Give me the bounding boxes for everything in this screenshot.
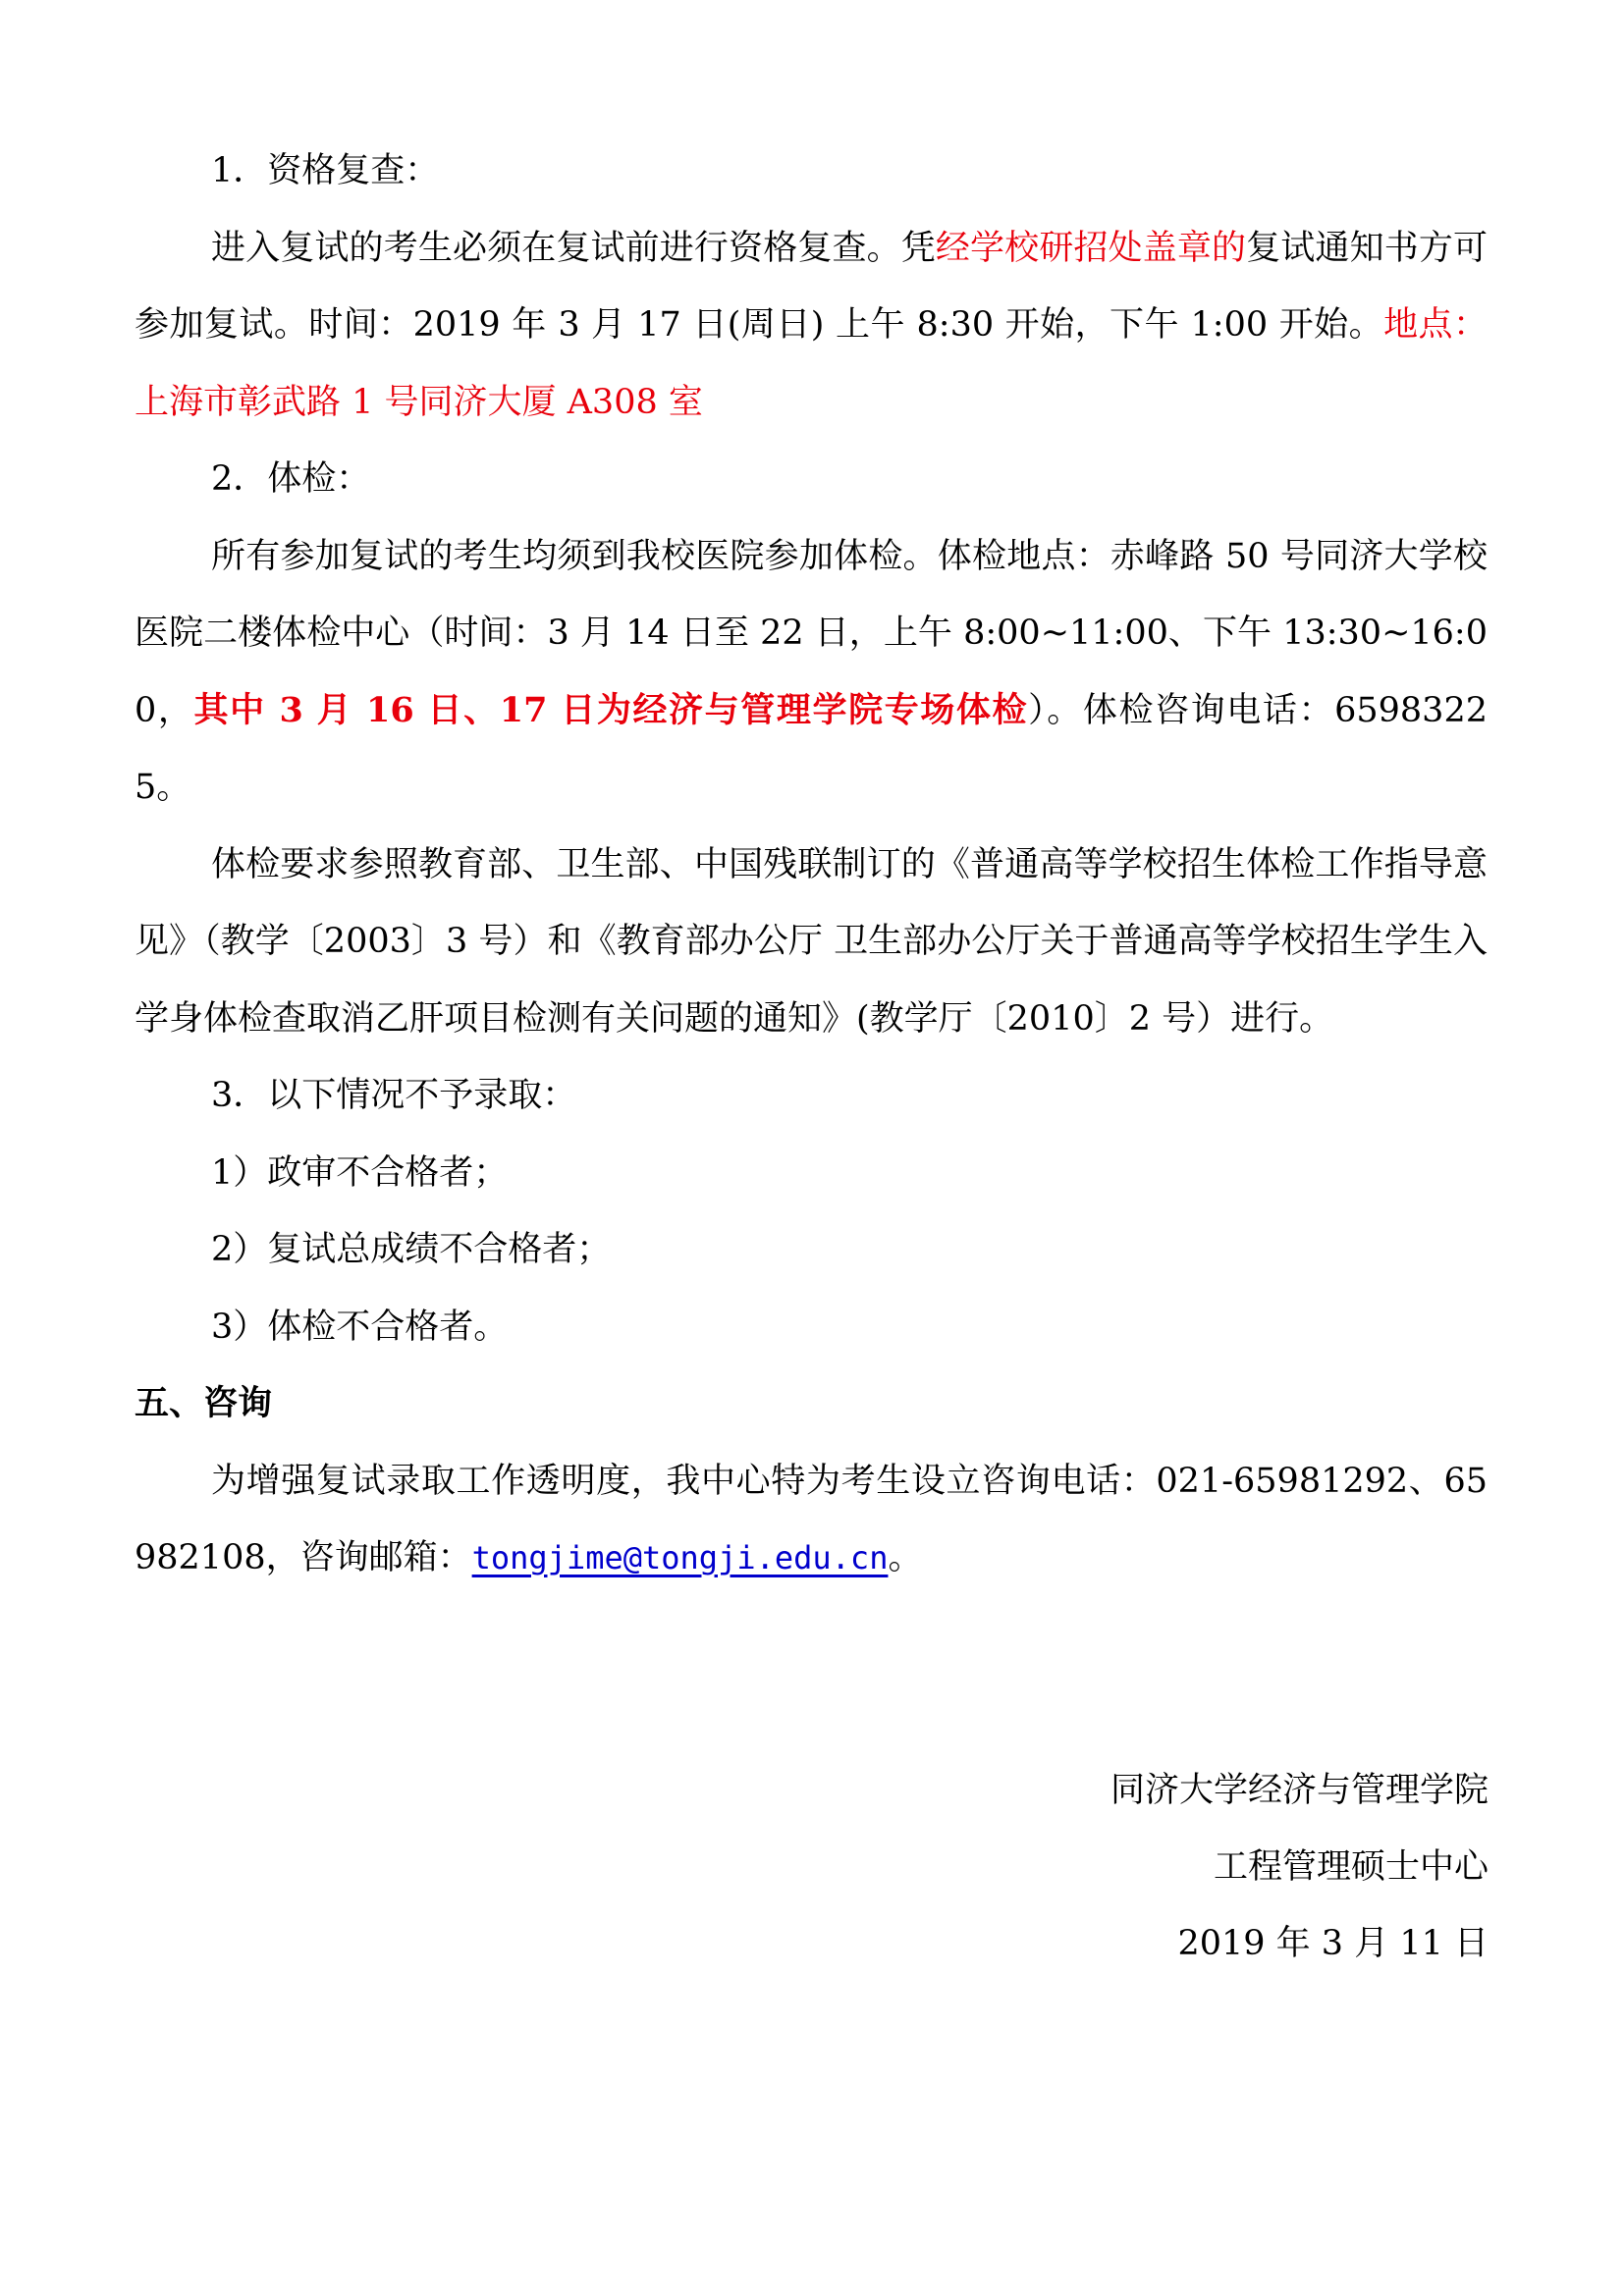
consultation-text-2: 。 (888, 1538, 922, 1577)
signature-org: 同济大学经济与管理学院 (1110, 1752, 1489, 1829)
consultation-paragraph: 为增强复试录取工作透明度，我中心特为考生设立咨询电话：021-65981292、… (135, 1443, 1488, 1597)
no-admission-item: 1）政审不合格者； (135, 1135, 1488, 1212)
no-admission-item: 3）体检不合格者。 (135, 1289, 1488, 1366)
highlight-stamp-requirement: 经学校研招处盖章的 (936, 229, 1246, 268)
no-admission-item: 2）复试总成绩不合格者； (135, 1211, 1488, 1289)
email-link[interactable]: tongjime@tongji.edu.cn (472, 1539, 889, 1576)
physical-exam-paragraph: 所有参加复试的考生均须到我校医院参加体检。体检地点：赤峰路 50 号同济大学校医… (135, 518, 1488, 827)
signature-block: 同济大学经济与管理学院 工程管理硕士中心 2019 年 3 月 11 日 (1110, 1752, 1489, 1982)
highlight-special-exam-dates: 其中 3 月 16 日、17 日为经济与管理学院专场体检 (193, 690, 1028, 730)
qualification-text-1: 进入复试的考生必须在复试前进行资格复查。凭 (211, 229, 936, 268)
section-title-no-admission: 3．以下情况不予录取： (135, 1057, 1488, 1135)
signature-date: 2019 年 3 月 11 日 (1110, 1905, 1489, 1982)
signature-center: 工程管理硕士中心 (1110, 1829, 1489, 1905)
section-heading-consultation: 五、咨询 (135, 1365, 1488, 1443)
physical-exam-requirements-paragraph: 体检要求参照教育部、卫生部、中国残联制订的《普通高等学校招生体检工作指导意见》（… (135, 827, 1488, 1058)
section-title-qualification-review: 1．资格复查： (135, 133, 1488, 210)
document-page: 1．资格复查： 进入复试的考生必须在复试前进行资格复查。凭经学校研招处盖章的复试… (135, 133, 1488, 1597)
section-title-physical-exam: 2．体检： (135, 441, 1488, 518)
qualification-review-paragraph: 进入复试的考生必须在复试前进行资格复查。凭经学校研招处盖章的复试通知书方可参加复… (135, 210, 1488, 442)
